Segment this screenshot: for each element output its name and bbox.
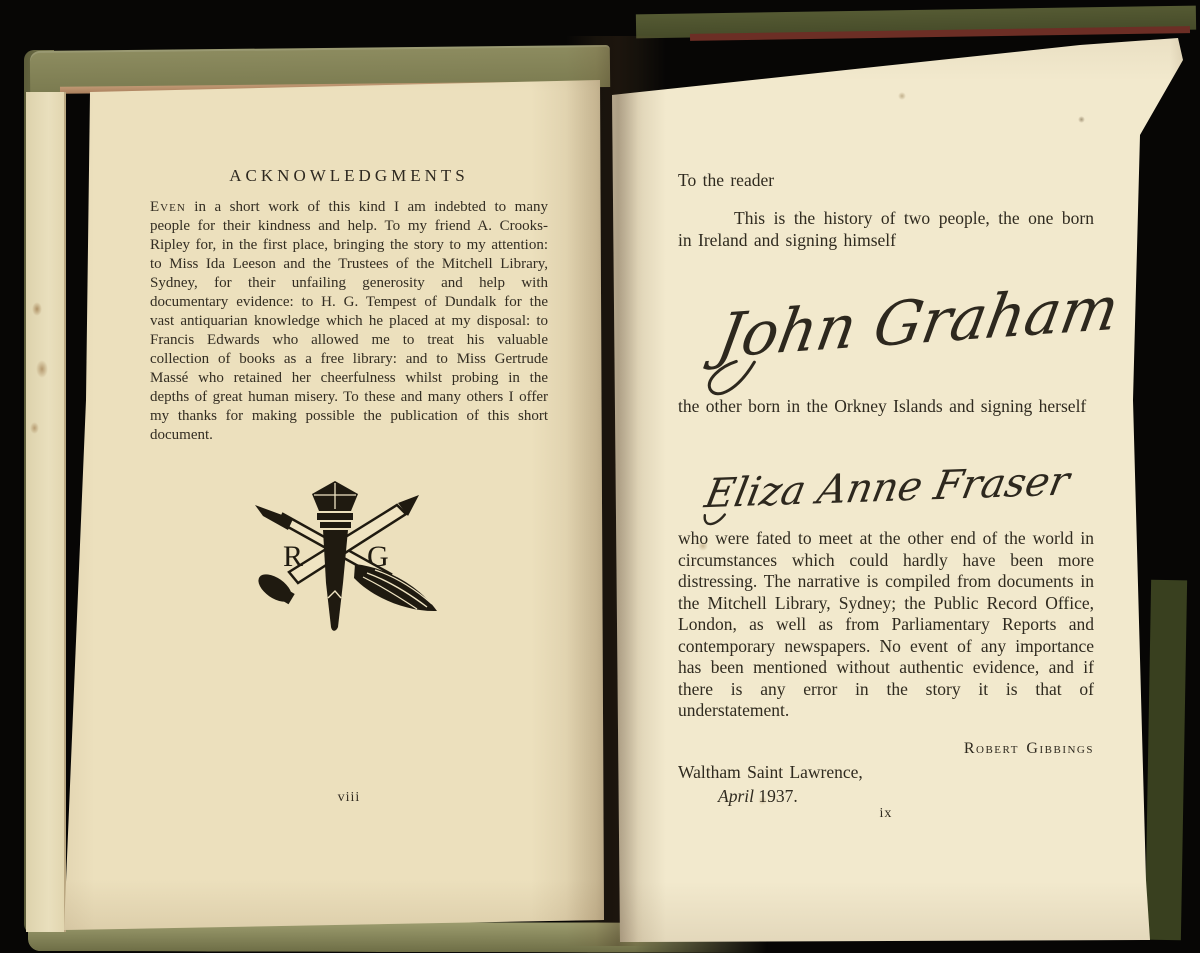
- foxing-spot: [30, 422, 39, 434]
- date-line: April 1937.: [718, 786, 1018, 807]
- eliza-anne-fraser-signature: Eliza Anne Fraser: [688, 444, 1028, 539]
- date-year: 1937.: [754, 786, 798, 806]
- page-fore-edge-stack: [26, 92, 66, 932]
- foxing-spot: [32, 302, 42, 316]
- foxing-spot: [1078, 116, 1085, 123]
- printers-device-emblem: R G: [239, 478, 454, 648]
- date-month: April: [718, 786, 754, 806]
- tool-shaft: [323, 530, 348, 631]
- device-initial-r: R: [283, 540, 303, 573]
- place-line: Waltham Saint Lawrence,: [678, 762, 1094, 784]
- john-graham-signature: John Graham: [692, 254, 1042, 404]
- left-page: ACKNOWLEDGMENTS Even in a short work of …: [56, 48, 608, 932]
- photo-of-open-book: { "book": { "left_page": { "heading": "A…: [0, 0, 1200, 953]
- book-cover-right-edge: [1145, 580, 1187, 941]
- right-page: To the reader This is the history of two…: [608, 26, 1193, 946]
- between-paragraph: the other born in the Orkney Islands and…: [678, 396, 1094, 418]
- intro-paragraph: This is the history of two people, the o…: [678, 208, 1094, 251]
- acknowledgments-paragraph: Even in a short work of this kind I am i…: [150, 198, 548, 445]
- author-name: Robert Gibbings: [678, 738, 1094, 760]
- pen-nib: [255, 505, 293, 530]
- signature-female-text: Eliza Anne Fraser: [700, 457, 1076, 518]
- paragraph-text: in a short work of this kind I am indebt…: [150, 199, 548, 443]
- device-initial-g: G: [367, 540, 389, 573]
- acknowledgments-heading: ACKNOWLEDGMENTS: [150, 166, 548, 186]
- left-page-number: viii: [150, 790, 548, 806]
- foxing-spot: [36, 360, 48, 378]
- foxing-spot: [898, 92, 906, 100]
- right-page-number: ix: [678, 806, 1094, 822]
- signature-male-text: John Graham: [702, 273, 1124, 373]
- lead-word: Even: [150, 199, 186, 215]
- main-paragraph: who were fated to meet at the other end …: [678, 528, 1094, 722]
- to-the-reader-line: To the reader: [678, 170, 1094, 192]
